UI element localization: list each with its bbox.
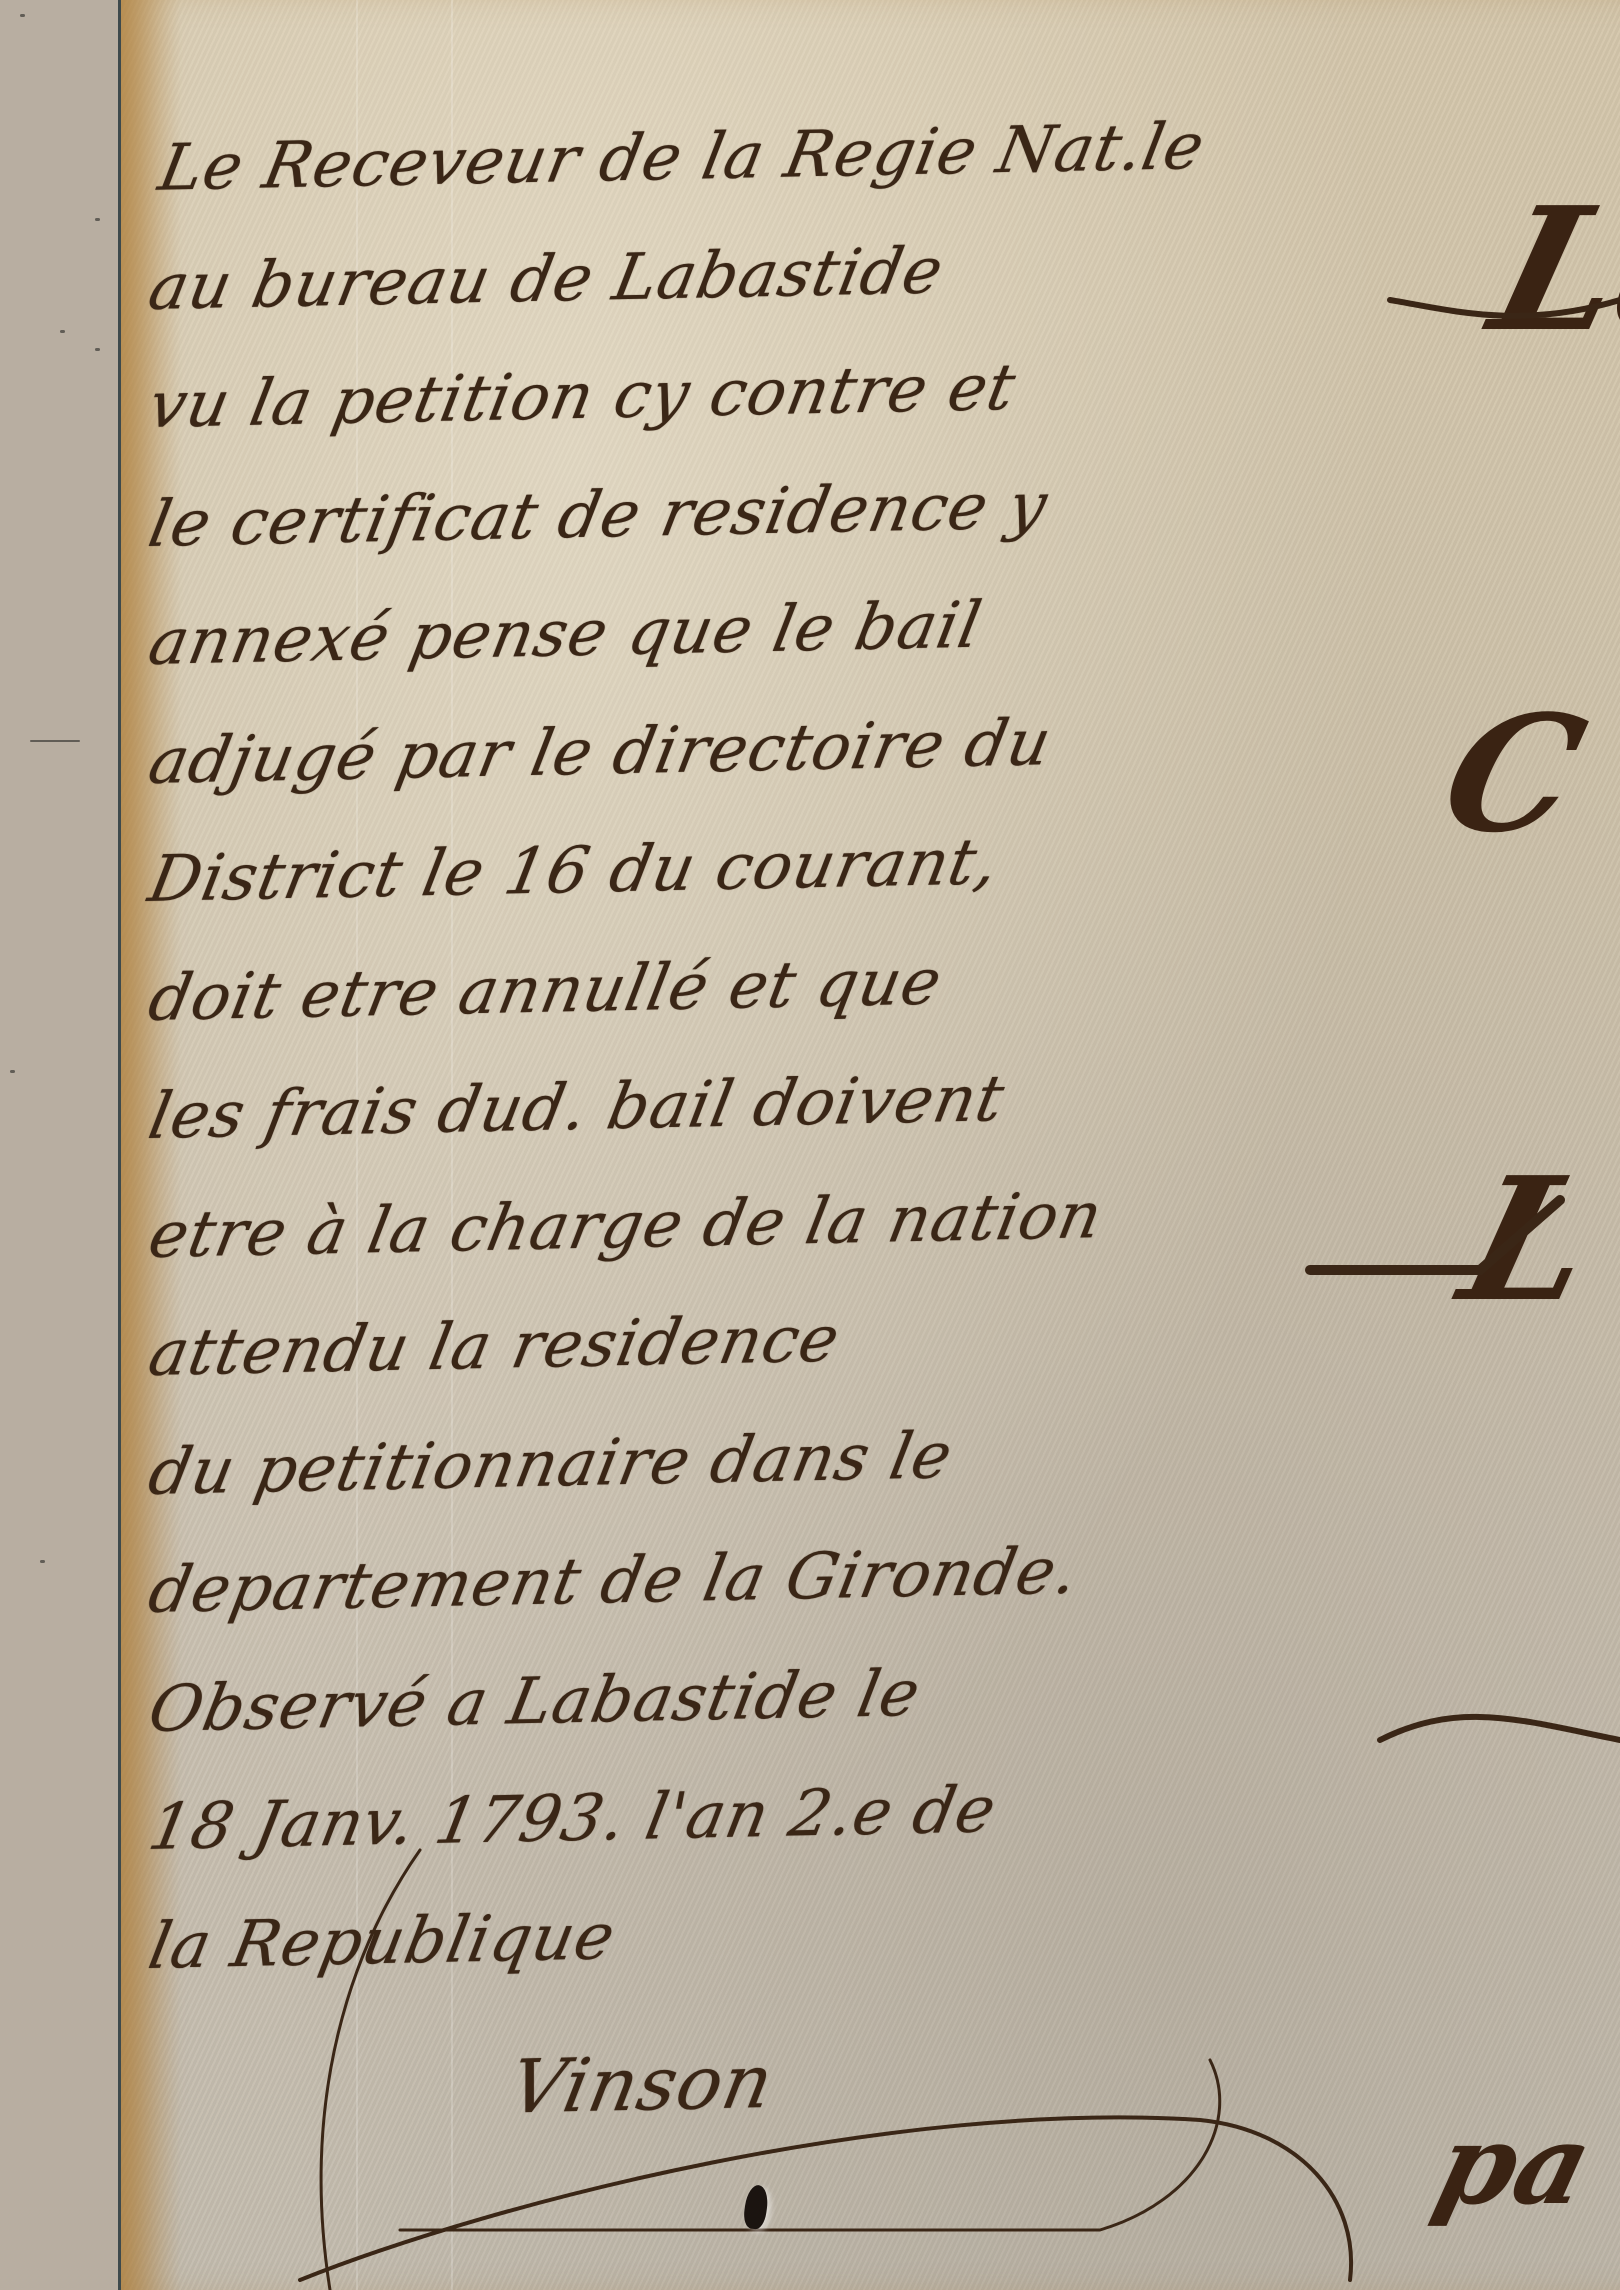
manuscript-line: departement de la Gironde. (139, 1507, 1347, 1650)
manuscript-line: District le 16 du courant, (139, 796, 1347, 939)
manuscript-line: la Republique (139, 1863, 1347, 2006)
manuscript-line: les frais dud. bail doivent (139, 1033, 1347, 1176)
manuscript-line: vu la petition cy contre et (139, 322, 1347, 465)
manuscript-line: 18 Janv. 1793. l'an 2.e de (139, 1744, 1347, 1887)
manuscript-photo: Le Receveur de la Regie Nat.le au bureau… (0, 0, 1620, 2290)
signature: Vinson (139, 2011, 1347, 2154)
manuscript-line: annexé pense que le bail (139, 559, 1347, 702)
manuscript-text: Le Receveur de la Regie Nat.le au bureau… (150, 110, 1330, 2155)
manuscript-line: Le Receveur de la Regie Nat.le (139, 85, 1347, 228)
manuscript-line: attendu la residence (139, 1270, 1347, 1413)
